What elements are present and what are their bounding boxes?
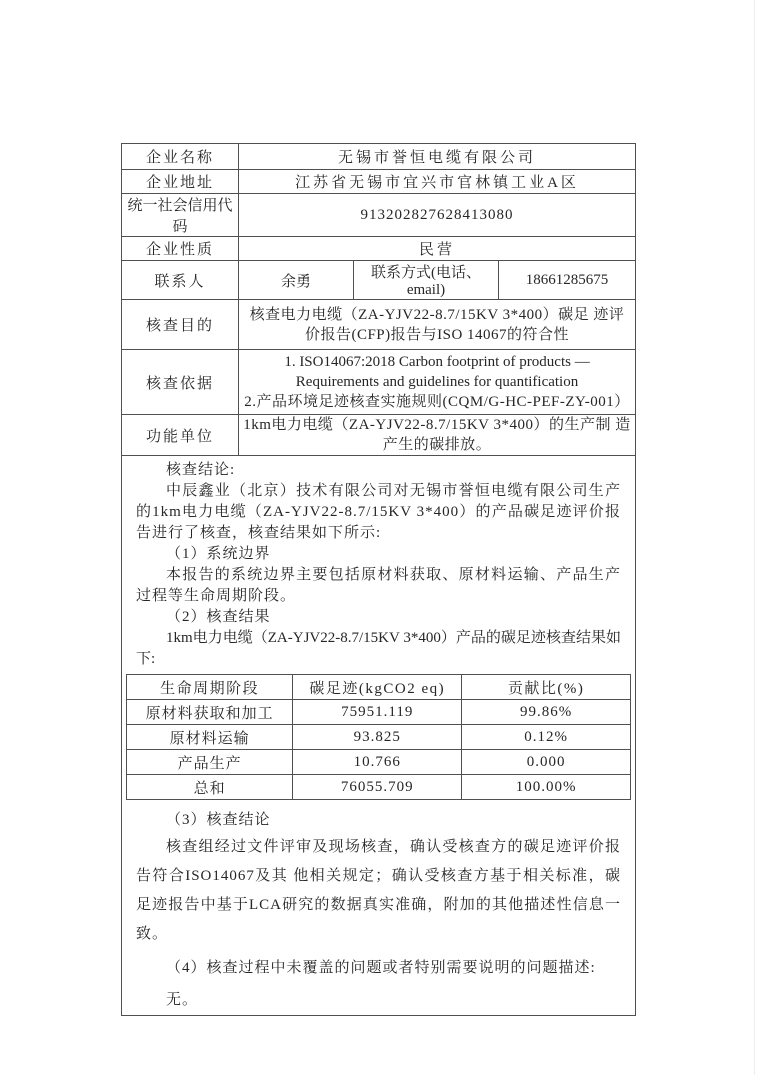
verification-purpose-value: 核查电力电缆（ZA-YJV22-8.7/15KV 3*400）碳足 迹评价报告(… bbox=[239, 300, 636, 350]
table-row: 核查结论: 中辰鑫业（北京）技术有限公司对无锡市誉恒电缆有限公司生产的1km电力… bbox=[122, 456, 636, 1016]
contact-phone-value: 18661285675 bbox=[499, 261, 636, 300]
results-header-stage: 生命周期阶段 bbox=[127, 675, 293, 700]
conclusion-lower-text: （3）核查结论 核查组经过文件评审及现场核查，确认受核查方的碳足迹评价报告符合I… bbox=[126, 807, 631, 1015]
conclusion-upper-text: 核查结论: 中辰鑫业（北京）技术有限公司对无锡市誉恒电缆有限公司生产的1km电力… bbox=[126, 456, 631, 670]
basis-line-2: 2.产品环境足迹核查实施规则(CQM/G-HC-PEF-ZY-001） bbox=[243, 392, 631, 412]
results-cell-footprint: 75951.119 bbox=[293, 700, 462, 725]
results-row: 原材料运输 93.825 0.12% bbox=[127, 725, 631, 750]
functional-unit-value: 1km电力电缆（ZA-YJV22-8.7/15KV 3*400）的生产制 造产生… bbox=[239, 415, 636, 456]
results-row: 总和 76055.709 100.00% bbox=[127, 775, 631, 800]
section3-body: 核查组经过文件评审及现场核查，确认受核查方的碳足迹评价报告符合ISO14067及… bbox=[136, 833, 621, 949]
results-cell-stage: 原材料获取和加工 bbox=[127, 700, 293, 725]
document-page: 企业名称 无锡市誉恒电缆有限公司 企业地址 江苏省无锡市宜兴市官林镇工业A区 统… bbox=[0, 0, 760, 1075]
carbon-footprint-results-table: 生命周期阶段 碳足迹(kgCO2 eq) 贡献比(%) 原材料获取和加工 759… bbox=[126, 674, 631, 800]
results-cell-contribution: 99.86% bbox=[462, 700, 631, 725]
section3-title: （3）核查结论 bbox=[136, 807, 621, 833]
company-type-label: 企业性质 bbox=[122, 237, 239, 261]
results-cell-footprint: 93.825 bbox=[293, 725, 462, 750]
section2-title: （2）核查结果 bbox=[136, 607, 621, 628]
table-row: 统一社会信用代码 913202827628413080 bbox=[122, 194, 636, 237]
section1-title: （1）系统边界 bbox=[136, 544, 621, 565]
section2-body: 1km电力电缆（ZA-YJV22-8.7/15KV 3*400）产品的碳足迹核查… bbox=[136, 628, 621, 670]
table-row: 联系人 余勇 联系方式(电话、email) 18661285675 bbox=[122, 261, 636, 300]
results-header-contribution: 贡献比(%) bbox=[462, 675, 631, 700]
conclusion-cell: 核查结论: 中辰鑫业（北京）技术有限公司对无锡市誉恒电缆有限公司生产的1km电力… bbox=[122, 456, 636, 1016]
table-row: 功能单位 1km电力电缆（ZA-YJV22-8.7/15KV 3*400）的生产… bbox=[122, 415, 636, 456]
results-cell-stage: 总和 bbox=[127, 775, 293, 800]
functional-unit-label: 功能单位 bbox=[122, 415, 239, 456]
contact-person-value: 余勇 bbox=[239, 261, 354, 300]
company-name-value: 无锡市誉恒电缆有限公司 bbox=[239, 144, 636, 170]
company-type-value: 民营 bbox=[239, 237, 636, 261]
results-header-row: 生命周期阶段 碳足迹(kgCO2 eq) 贡献比(%) bbox=[127, 675, 631, 700]
section1-body: 本报告的系统边界主要包括原材料获取、原材料运输、产品生产过程等生命周期阶段。 bbox=[136, 565, 621, 607]
results-cell-contribution: 0.12% bbox=[462, 725, 631, 750]
contact-method-label: 联系方式(电话、email) bbox=[354, 261, 499, 300]
results-cell-contribution: 0.000 bbox=[462, 750, 631, 775]
results-cell-contribution: 100.00% bbox=[462, 775, 631, 800]
verification-basis-value: 1. ISO14067:2018 Carbon footprint of pro… bbox=[239, 350, 636, 415]
credit-code-label: 统一社会信用代码 bbox=[122, 194, 239, 237]
company-address-value: 江苏省无锡市宜兴市官林镇工业A区 bbox=[239, 170, 636, 194]
table-row: 企业名称 无锡市誉恒电缆有限公司 bbox=[122, 144, 636, 170]
results-header-footprint: 碳足迹(kgCO2 eq) bbox=[293, 675, 462, 700]
verification-purpose-label: 核查目的 bbox=[122, 300, 239, 350]
verification-basis-label: 核查依据 bbox=[122, 350, 239, 415]
contact-person-label: 联系人 bbox=[122, 261, 239, 300]
results-cell-stage: 产品生产 bbox=[127, 750, 293, 775]
results-row: 原材料获取和加工 75951.119 99.86% bbox=[127, 700, 631, 725]
scan-edge-line bbox=[754, 0, 755, 1075]
company-name-label: 企业名称 bbox=[122, 144, 239, 170]
section4-body: 无。 bbox=[136, 986, 621, 1015]
results-row: 产品生产 10.766 0.000 bbox=[127, 750, 631, 775]
table-row: 核查目的 核查电力电缆（ZA-YJV22-8.7/15KV 3*400）碳足 迹… bbox=[122, 300, 636, 350]
table-row: 企业性质 民营 bbox=[122, 237, 636, 261]
table-row: 企业地址 江苏省无锡市宜兴市官林镇工业A区 bbox=[122, 170, 636, 194]
conclusion-heading: 核查结论: bbox=[136, 460, 621, 481]
section4-title: （4）核查过程中未覆盖的问题或者特别需要说明的问题描述: bbox=[136, 954, 621, 983]
company-address-label: 企业地址 bbox=[122, 170, 239, 194]
table-row: 核查依据 1. ISO14067:2018 Carbon footprint o… bbox=[122, 350, 636, 415]
basis-line-1: 1. ISO14067:2018 Carbon footprint of pro… bbox=[243, 352, 631, 392]
results-cell-footprint: 10.766 bbox=[293, 750, 462, 775]
credit-code-value: 913202827628413080 bbox=[239, 194, 636, 237]
company-info-table: 企业名称 无锡市誉恒电缆有限公司 企业地址 江苏省无锡市宜兴市官林镇工业A区 统… bbox=[121, 143, 636, 1016]
conclusion-intro: 中辰鑫业（北京）技术有限公司对无锡市誉恒电缆有限公司生产的1km电力电缆（ZA-… bbox=[136, 481, 621, 544]
results-cell-stage: 原材料运输 bbox=[127, 725, 293, 750]
results-cell-footprint: 76055.709 bbox=[293, 775, 462, 800]
